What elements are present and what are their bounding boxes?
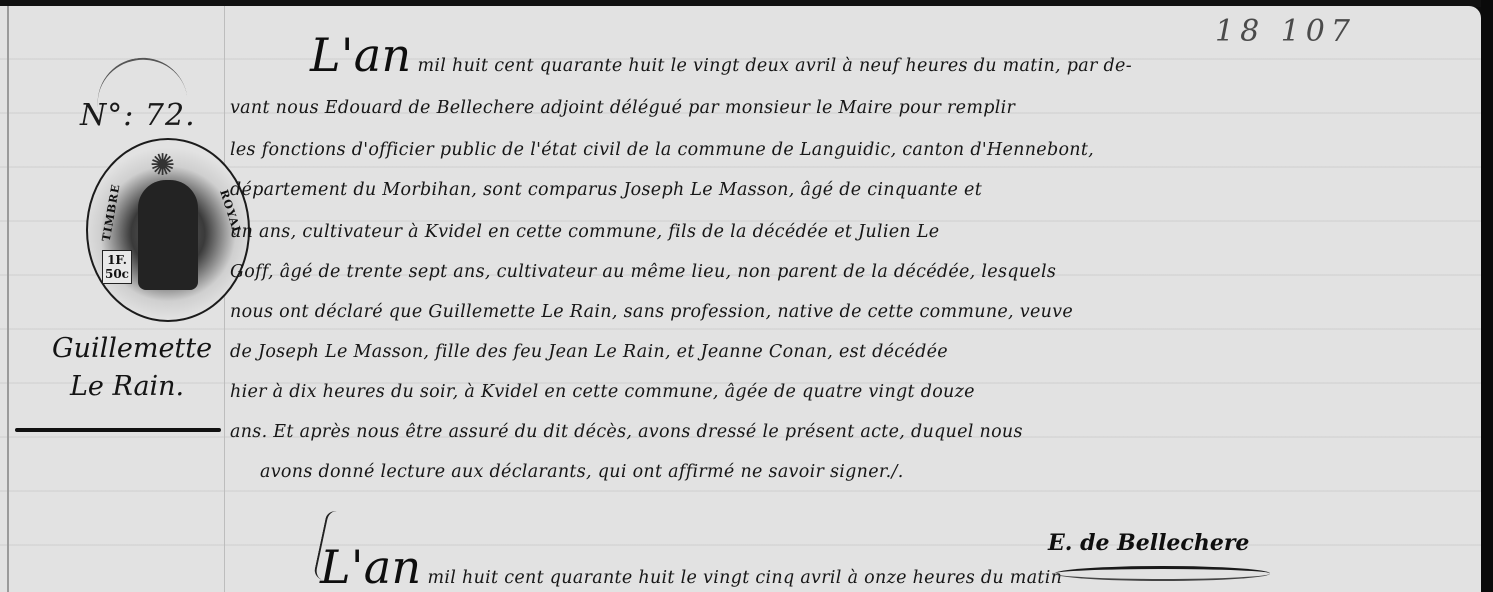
body-line: un ans, cultivateur à Kvidel en cette co…	[230, 222, 939, 242]
signature-flourish	[1055, 566, 1270, 581]
stamp-price-francs: 1F.	[103, 253, 131, 267]
scan-right-edge	[1481, 0, 1493, 592]
royal-tax-stamp: ✺ TIMBRE ROYAL 1F. 50c	[86, 138, 250, 322]
sun-rays-icon: ✺	[150, 148, 175, 183]
initial-lan: L'an	[310, 28, 411, 82]
initial-lan-next: L'an	[320, 540, 421, 592]
stamp-legend-left: TIMBRE	[100, 183, 123, 243]
officer-signature: E. de Bellechere	[1048, 530, 1249, 556]
deceased-name-margin: Guillemette Le Rain.	[52, 330, 212, 406]
page-left-border	[7, 6, 9, 592]
seated-justice-figure-icon	[138, 180, 198, 290]
margin-rule-line	[224, 6, 225, 592]
stamp-price-centimes: 50c	[103, 267, 131, 281]
body-line: département du Morbihan, sont comparus J…	[230, 180, 982, 200]
body-line: avons donné lecture aux déclarants, qui …	[260, 462, 904, 482]
stamp-price: 1F. 50c	[102, 250, 132, 284]
body-line: nous ont déclaré que Guillemette Le Rain…	[230, 302, 1073, 322]
body-line: L'anmil huit cent quarante huit le vingt…	[310, 28, 1132, 82]
deceased-first-name: Guillemette	[52, 330, 212, 368]
body-line: de Joseph Le Masson, fille des feu Jean …	[230, 342, 948, 362]
record-number: N°: 72.	[80, 98, 196, 133]
body-line: vant nous Edouard de Bellechere adjoint …	[230, 98, 1015, 118]
folio-number: 18 107	[1215, 14, 1356, 49]
next-entry-line: L'anmil huit cent quarante huit le vingt…	[320, 540, 1062, 592]
body-line: Goff, âgé de trente sept ans, cultivateu…	[230, 262, 1056, 282]
body-line: hier à dix heures du soir, à Kvidel en c…	[230, 382, 975, 402]
deceased-surname: Le Rain.	[52, 368, 212, 406]
body-line: les fonctions d'officier public de l'éta…	[230, 140, 1094, 160]
body-line: ans. Et après nous être assuré du dit dé…	[230, 422, 1023, 442]
margin-double-underline	[15, 428, 221, 432]
